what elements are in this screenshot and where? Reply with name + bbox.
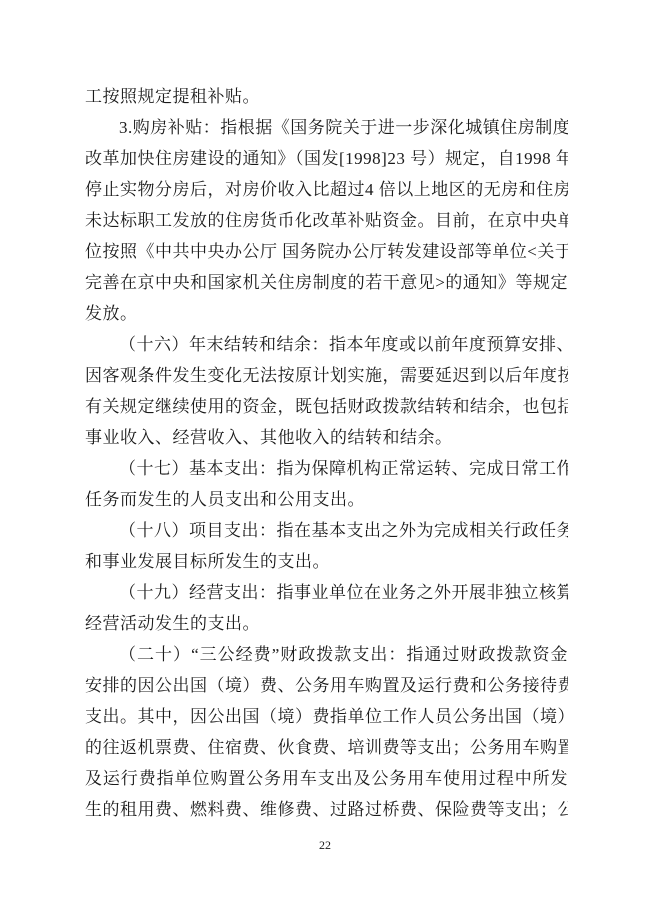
doc-line: 工按照规定提租补贴。	[85, 81, 568, 112]
doc-line: 和事业发展目标所发生的支出。	[85, 546, 568, 577]
doc-line: （十八）项目支出：指在基本支出之外为完成相关行政任务	[85, 515, 568, 546]
doc-line: 因客观条件发生变化无法按原计划实施，需要延迟到以后年度按	[85, 360, 568, 391]
doc-line: 完善在京中央和国家机关住房制度的若干意见>的通知》等规定	[85, 267, 568, 298]
page-number: 22	[0, 838, 650, 852]
doc-line: 任务而发生的人员支出和公用支出。	[85, 484, 568, 515]
doc-line: 发放。	[85, 298, 568, 329]
doc-line: 的往返机票费、住宿费、伙食费、培训费等支出；公务用车购置	[85, 732, 568, 763]
doc-line: 未达标职工发放的住房货币化改革补贴资金。目前，在京中央单	[85, 205, 568, 236]
doc-line: （十九）经营支出：指事业单位在业务之外开展非独立核算	[85, 577, 568, 608]
doc-line: 改革加快住房建设的通知》（国发[1998]23 号）规定，自1998 年	[85, 143, 568, 174]
doc-line: 位按照《中共中央办公厅 国务院办公厅转发建设部等单位<关于	[85, 236, 568, 267]
doc-line: 安排的因公出国（境）费、公务用车购置及运行费和公务接待费	[85, 670, 568, 701]
document-text-block: 工按照规定提租补贴。 3.购房补贴：指根据《国务院关于进一步深化城镇住房制度 改…	[85, 81, 568, 825]
doc-line: （十六）年末结转和结余：指本年度或以前年度预算安排、	[85, 329, 568, 360]
doc-line: 3.购房补贴：指根据《国务院关于进一步深化城镇住房制度	[85, 112, 568, 143]
document-page: 工按照规定提租补贴。 3.购房补贴：指根据《国务院关于进一步深化城镇住房制度 改…	[0, 0, 650, 919]
doc-line: 及运行费指单位购置公务用车支出及公务用车使用过程中所发	[85, 763, 568, 794]
doc-line: 支出。其中，因公出国（境）费指单位工作人员公务出国（境）	[85, 701, 568, 732]
doc-line: （十七）基本支出：指为保障机构正常运转、完成日常工作	[85, 453, 568, 484]
doc-line: （二十）“三公经费”财政拨款支出：指通过财政拨款资金	[85, 639, 568, 670]
doc-line: 有关规定继续使用的资金，既包括财政拨款结转和结余，也包括	[85, 391, 568, 422]
doc-line: 生的租用费、燃料费、维修费、过路过桥费、保险费等支出；公	[85, 794, 568, 825]
doc-line: 停止实物分房后，对房价收入比超过4 倍以上地区的无房和住房	[85, 174, 568, 205]
doc-line: 经营活动发生的支出。	[85, 608, 568, 639]
doc-line: 事业收入、经营收入、其他收入的结转和结余。	[85, 422, 568, 453]
